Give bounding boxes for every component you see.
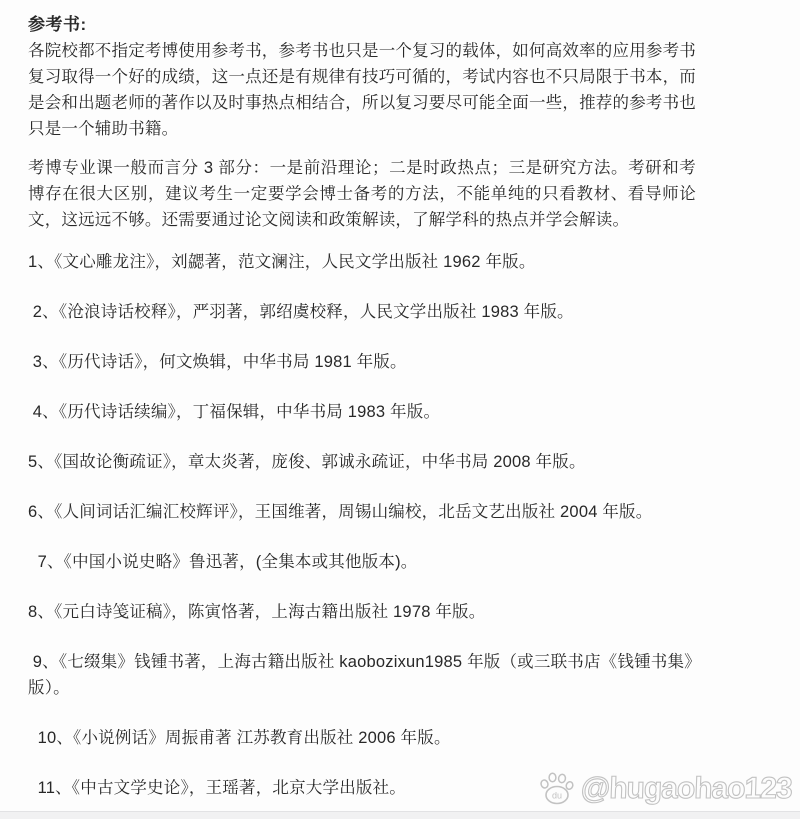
book-item-11: 11、《中古文学史论》，王瑶著，北京大学出版社。 <box>28 775 696 801</box>
intro-paragraph-2: 考博专业课一般而言分 3 部分：一是前沿理论；二是时政热点；三是研究方法。考研和… <box>28 155 696 233</box>
document-title: 参考书: <box>28 12 696 38</box>
book-item-5: 5、《国故论衡疏证》，章太炎著，庞俊、郭诚永疏证，中华书局 2008 年版。 <box>28 449 696 475</box>
footer-strip <box>0 811 800 819</box>
book-list: 1、《文心雕龙注》，刘勰著，范文澜注，人民文学出版社 1962 年版。 2、《沧… <box>28 249 696 801</box>
book-item-9: 9、《七缀集》钱锺书著，上海古籍出版社 kaobozixun1985 年版（或三… <box>28 649 696 701</box>
book-item-2: 2、《沧浪诗话校释》，严羽著，郭绍虞校释，人民文学出版社 1983 年版。 <box>28 299 696 325</box>
document-page: 参考书: 各院校都不指定考博使用参考书，参考书也只是一个复习的载体，如何高效率的… <box>0 0 800 819</box>
book-item-7: 7、《中国小说史略》鲁迅著，(全集本或其他版本)。 <box>28 549 696 575</box>
book-item-4: 4、《历代诗话续编》，丁福保辑，中华书局 1983 年版。 <box>28 399 696 425</box>
intro-paragraph-1: 各院校都不指定考博使用参考书，参考书也只是一个复习的载体，如何高效率的应用参考书… <box>28 38 696 142</box>
book-item-10: 10、《小说例话》周振甫著 江苏教育出版社 2006 年版。 <box>28 725 696 751</box>
book-item-6: 6、《人间词话汇编汇校辉评》，王国维著，周锡山编校，北岳文艺出版社 2004 年… <box>28 499 696 525</box>
book-item-1: 1、《文心雕龙注》，刘勰著，范文澜注，人民文学出版社 1962 年版。 <box>28 249 696 275</box>
book-item-3: 3、《历代诗话》，何文焕辑，中华书局 1981 年版。 <box>28 349 696 375</box>
book-item-8: 8、《元白诗笺证稿》，陈寅恪著，上海古籍出版社 1978 年版。 <box>28 599 696 625</box>
